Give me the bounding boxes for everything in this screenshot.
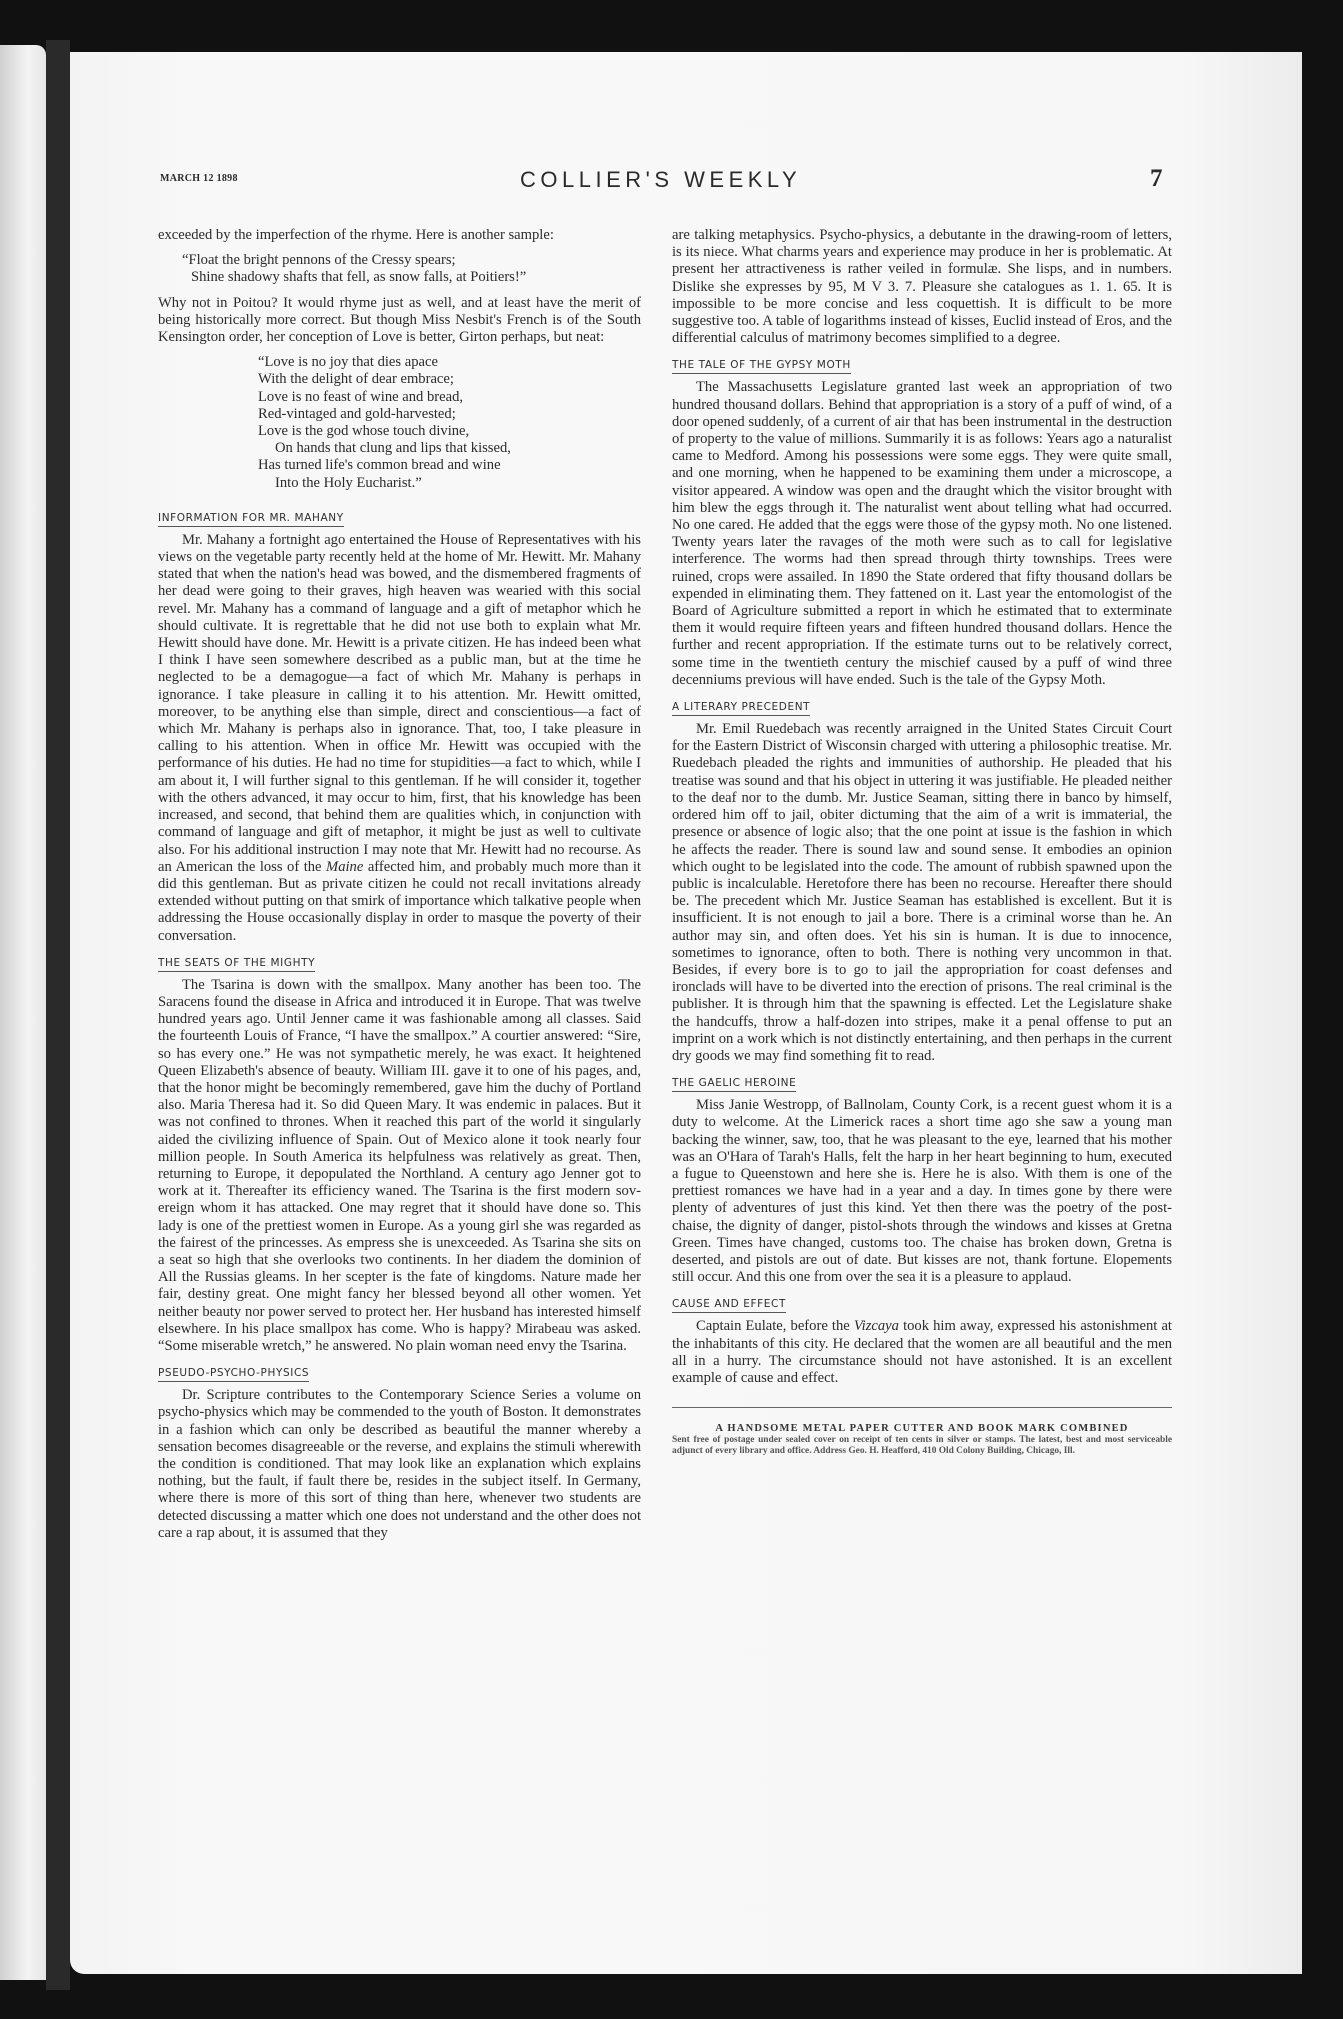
intro-paragraph: Why not in Poitou? It would rhyme just a… (158, 295, 641, 347)
section-heading-seats-of-mighty: THE SEATS OF THE MIGHTY (158, 957, 315, 972)
article-body-gaelic-heroine: Miss Janie Westropp, of Ballnolam, Count… (672, 1097, 1172, 1286)
verse-quote-love: “Love is no joy that dies apace With the… (158, 354, 641, 492)
left-column: exceeded by the imperfection of the rhym… (158, 227, 641, 1542)
verse-line: Has turned life's common bread and wine (258, 457, 641, 474)
article-body-pseudo-psycho-physics: Dr. Scripture contributes to the Contemp… (158, 1387, 641, 1542)
ship-name-vizcaya: Vizcaya (854, 1318, 899, 1334)
section-heading-cause-and-effect: CAUSE AND EFFECT (672, 1298, 786, 1313)
article-body-gypsy-moth: The Massachusetts Legislature granted la… (672, 379, 1172, 689)
verse-line: Into the Holy Eucharist.” (258, 475, 641, 492)
intro-paragraph: exceeded by the imperfection of the rhym… (158, 227, 641, 244)
ship-name-maine: Maine (326, 859, 363, 875)
section-heading-gaelic-heroine: THE GAELIC HEROINE (672, 1077, 796, 1092)
verse-quote-cressy: “Float the bright pennons of the Cressy … (158, 252, 641, 286)
right-column: are talking metaphysics. Psycho-physics,… (672, 227, 1172, 1456)
advertisement-body: Sent free of postage under sealed cover … (672, 1435, 1172, 1456)
article-continuation: are talking metaphysics. Psycho-physics,… (672, 227, 1172, 347)
verse-line: “Love is no joy that dies apace (258, 354, 641, 371)
section-heading-pseudo-psycho-physics: PSEUDO-PSYCHO-PHYSICS (158, 1367, 309, 1382)
article-body-literary-precedent: Mr. Emil Ruedebach was recently arraigne… (672, 721, 1172, 1065)
masthead-title: COLLIER'S WEEKLY (520, 167, 801, 193)
article-body-cause-and-effect: Captain Eulate, before the Vizcaya took … (672, 1318, 1172, 1387)
section-heading-literary-precedent: A LITERARY PRECEDENT (672, 701, 810, 716)
verse-line: On hands that clung and lips that kissed… (258, 440, 641, 457)
verse-line: Love is no feast of wine and bread, (258, 389, 641, 406)
verse-line: “Float the bright pennons of the Cressy … (182, 252, 641, 269)
book-spine (46, 40, 70, 1990)
verse-line: Shine shadowy shafts that fell, as snow … (182, 269, 641, 286)
page-number: 7 (1150, 165, 1163, 193)
verse-line: With the delight of dear embrace; (258, 371, 641, 388)
section-heading-mahany: INFORMATION FOR MR. MAHANY (158, 512, 344, 527)
article-body-seats-of-mighty: The Tsarina is down with the smallpox. M… (158, 977, 641, 1355)
divider-rule (672, 1407, 1172, 1408)
section-heading-gypsy-moth: THE TALE OF THE GYPSY MOTH (672, 359, 851, 374)
issue-date: MARCH 12 1898 (160, 173, 238, 184)
verse-line: Love is the god whose touch divine, (258, 423, 641, 440)
facing-page-edge (0, 45, 46, 1980)
verse-line: Red-vintaged and gold-harvested; (258, 406, 641, 423)
article-body-mahany: Mr. Mahany a fortnight ago entertained t… (158, 532, 641, 945)
advertisement-headline: A HANDSOME METAL PAPER CUTTER AND BOOK M… (672, 1422, 1172, 1435)
